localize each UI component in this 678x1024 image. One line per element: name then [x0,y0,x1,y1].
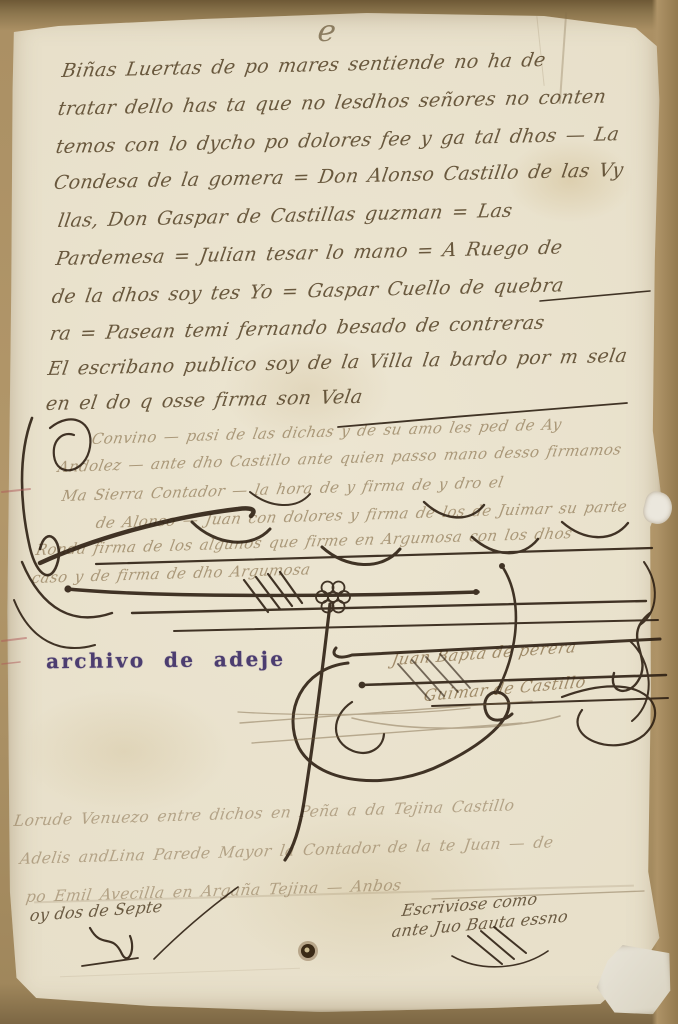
document-photo: Biñas Luertas de po mares sentiende no h… [0,0,678,1024]
ink-blot [298,941,318,961]
rosette-knot [316,582,350,613]
dark-flourishes [14,291,668,967]
faint-flourishes [238,701,644,899]
flourish-strokes-layer [0,0,678,1024]
red-edge-marks [2,489,30,664]
